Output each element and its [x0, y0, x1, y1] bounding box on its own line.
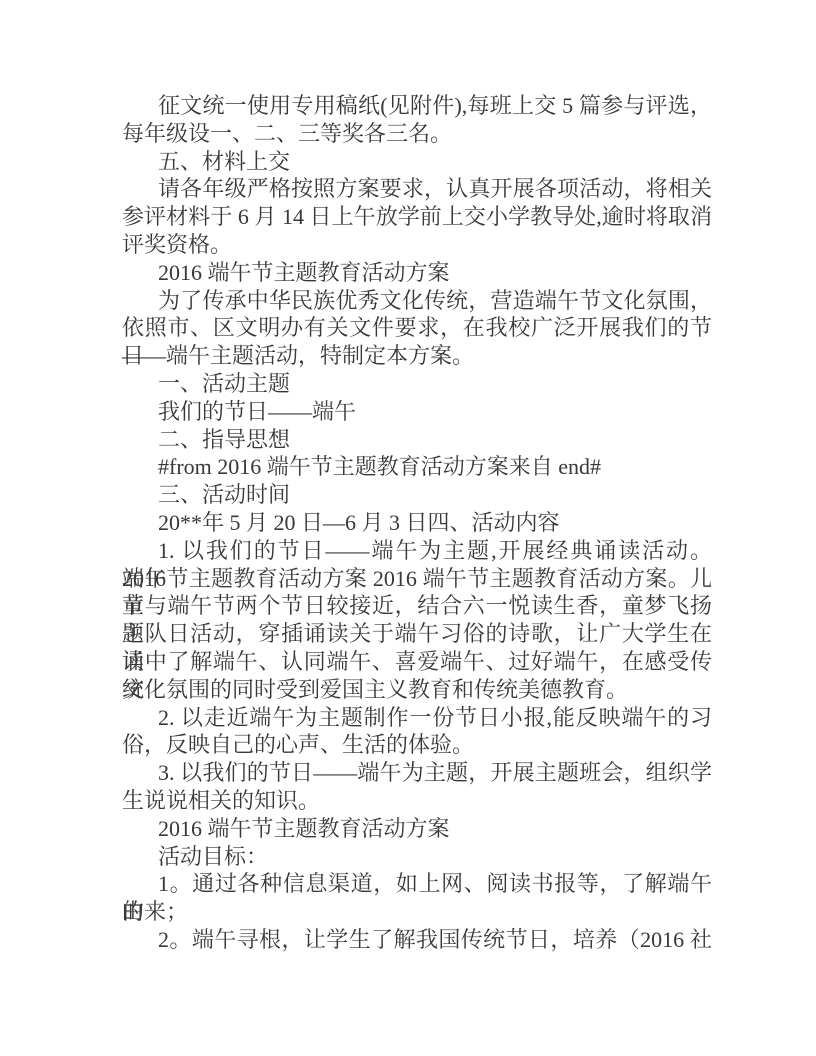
text-line: 依照市、区文明办有关文件要求，在我校广泛开展我们的节日	[122, 314, 712, 342]
text-line: 读中了解端午、认同端午、喜爱端午、过好端午，在感受传统	[122, 648, 712, 676]
text-line: 题队日活动，穿插诵读关于端午习俗的诗歌，让广大学生在诵	[122, 620, 712, 648]
text-line: 2。端午寻根，让学生了解我国传统节日，培养（2016 社	[122, 926, 712, 954]
text-line: 二、指导思想	[122, 426, 712, 454]
text-line: 2016 端午节主题教育活动方案	[122, 815, 712, 843]
text-line: 评奖资格。	[122, 231, 712, 259]
document-page: 征文统一使用专用稿纸(见附件),每班上交 5 篇参与评选，每年级设一、二、三等奖…	[0, 0, 816, 1056]
text-line: 我们的节日——端午	[122, 398, 712, 426]
text-line: 五、材料上交	[122, 148, 712, 176]
text-line: 由来；	[122, 898, 712, 926]
text-line: 为了传承中华民族优秀文化传统，营造端午节文化氛围，	[122, 287, 712, 315]
text-line: 2016 端午节主题教育活动方案	[122, 259, 712, 287]
text-line: 征文统一使用专用稿纸(见附件),每班上交 5 篇参与评选，	[122, 92, 712, 120]
text-line: 3. 以我们的节日——端午为主题，开展主题班会，组织学	[122, 759, 712, 787]
document-text-block: 征文统一使用专用稿纸(见附件),每班上交 5 篇参与评选，每年级设一、二、三等奖…	[122, 92, 712, 954]
text-line: 每年级设一、二、三等奖各三名。	[122, 120, 712, 148]
text-line: 生说说相关的知识。	[122, 787, 712, 815]
text-line: 1。通过各种信息渠道，如上网、阅读书报等，了解端午的	[122, 870, 712, 898]
text-line: 俗，反映自己的心声、生活的体验。	[122, 731, 712, 759]
text-line: 2. 以走近端午为主题制作一份节日小报,能反映端午的习	[122, 704, 712, 732]
text-line: 文化氛围的同时受到爱国主义教育和传统美德教育。	[122, 676, 712, 704]
text-line: 活动目标：	[122, 843, 712, 871]
text-line: 一、活动主题	[122, 370, 712, 398]
text-line: 请各年级严格按照方案要求，认真开展各项活动，将相关	[122, 175, 712, 203]
text-line: 1. 以我们的节日——端午为主题,开展经典诵读活动。2016	[122, 537, 712, 565]
text-line: 三、活动时间	[122, 481, 712, 509]
text-line: 20**年 5 月 20 日—6 月 3 日四、活动内容	[122, 509, 712, 537]
text-line: ——端午主题活动，特制定本方案。	[122, 342, 712, 370]
text-line: 参评材料于 6 月 14 日上午放学前上交小学教导处,逾时将取消	[122, 203, 712, 231]
text-line: 端午节主题教育活动方案 2016 端午节主题教育活动方案。儿童	[122, 565, 712, 593]
text-line: #from 2016 端午节主题教育活动方案来自 end#	[122, 453, 712, 481]
text-line: 节与端午节两个节日较接近，结合六一悦读生香，童梦飞扬主	[122, 592, 712, 620]
